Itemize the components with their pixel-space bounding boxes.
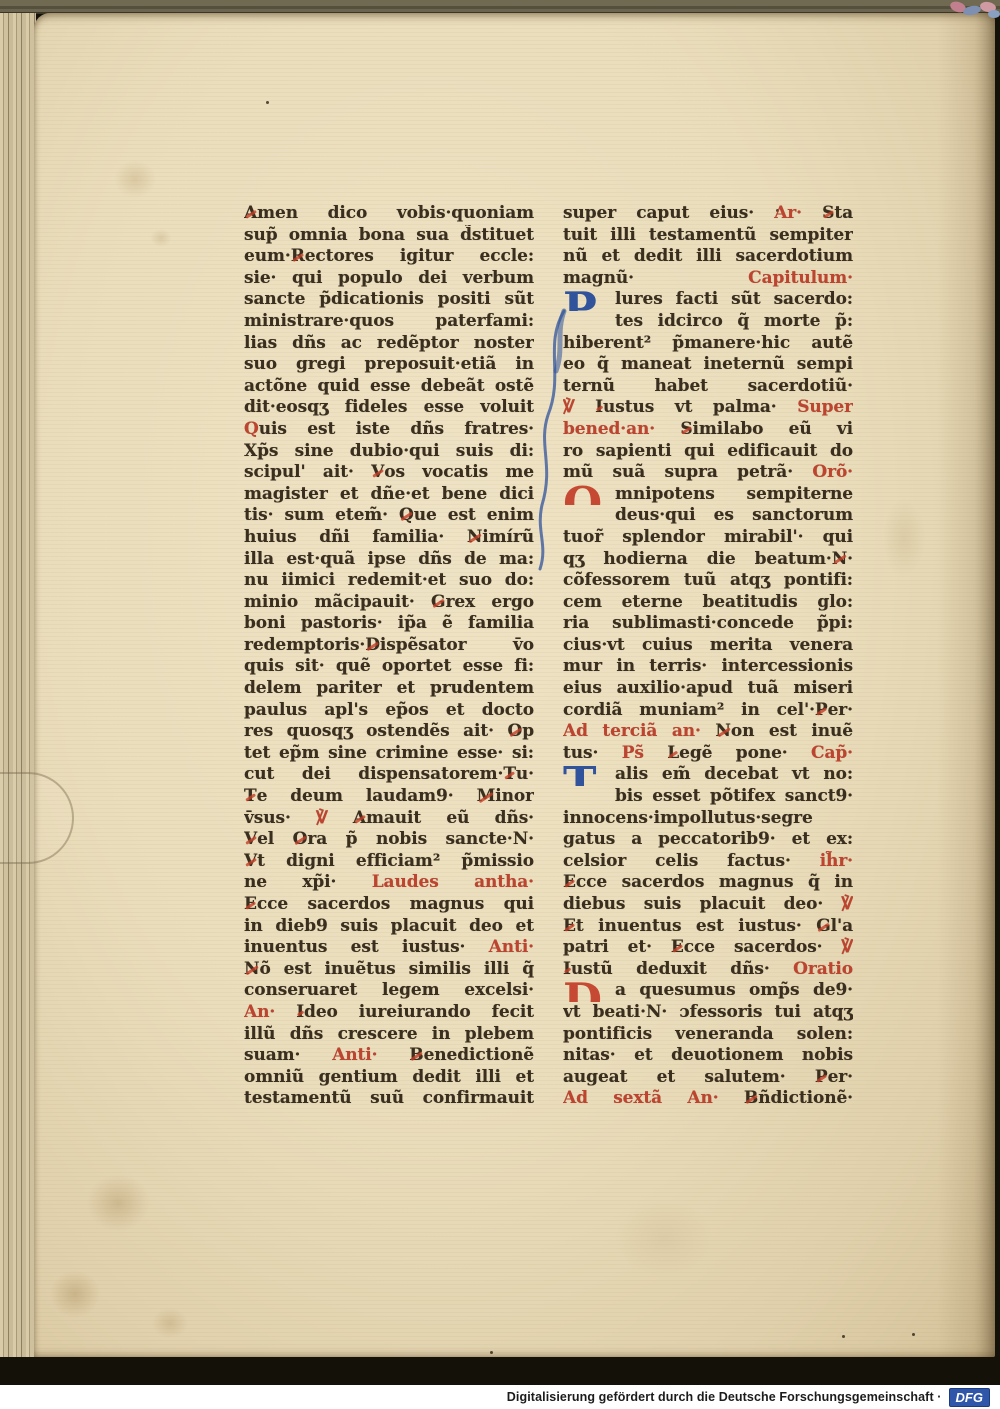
paper-stain [74,1163,162,1243]
text-line: ne xp̃i· Laudes antha· [244,872,534,894]
text-line: ℣ Iustus vt palma· Super [563,397,853,419]
body-text: mnipotens sempiterne [615,484,853,504]
rubric-text: bened·an· [563,419,680,439]
body-text: ustũ deduxit dñs· [571,959,793,979]
rubric-text: ih̃r· [820,851,853,871]
paper-speck [912,1333,915,1336]
body-text: O [507,721,522,743]
text-line: inuentus est iustus· Anti· [244,937,534,959]
text-line: Vel Ora p̃ nobis sancte·N· [244,829,534,851]
text-line: diebus suis placuit deo· ℣ [563,894,853,916]
text-line: cem eterne beatitudis glo: [563,592,853,614]
body-text: actõne quid esse debeãt ostẽ [244,376,534,396]
text-line: sup̃ omnia bona sua d̃stituet [244,225,534,247]
body-text: er· [828,700,853,720]
body-text: patri et· [563,937,671,957]
body-text: enedictionẽ [424,1045,534,1065]
body-text: tes idcirco q̃ morte p̃: [615,311,853,331]
body-text: omniũ gentium dedit illi et [244,1067,534,1087]
text-line: dit·eosqʒ fideles esse voluit [244,397,534,419]
body-text: Xp̃s sine dubio·qui suis di: [244,441,534,461]
text-line: qʒ hodierna die beatum·N· [563,549,853,571]
text-line: tus· Ps̃ Legẽ pone· Cap̃· [563,743,853,765]
body-text: os vocatis me [384,462,534,482]
rubric-text: Orõ· [812,462,853,482]
body-text: augeat et salutem· [563,1067,815,1087]
body-text: innocens·impollutus·segre [563,808,813,828]
text-line: cius·vt cuius merita venera [563,635,853,657]
body-text: in dieb9 suis placuit deo et [244,916,534,936]
dfg-logo: DFG [949,1388,990,1407]
text-line: innocens·impollutus·segre [563,808,853,830]
rubric-text: Q [244,419,259,439]
text-line: eius auxilio·apud tuã miseri [563,678,853,700]
body-text: testamentũ suũ confirmauit [244,1088,534,1108]
text-line: cut dei dispensatorem·Tu· [244,764,534,786]
text-line: ministrare·quos paterfami: [244,311,534,333]
text-line: Vt digni efficiam² p̃missio [244,851,534,873]
body-text: vt beati·N· ɔfessoris tui atqʒ [563,1002,853,1022]
text-line: nitas· et deuotionem nobis [563,1045,853,1067]
body-text: nitas· et deuotionem nobis [563,1045,853,1065]
body-text: cut dei dispensatorem· [244,764,503,784]
text-line: tuor̃ splendor mirabil'· qui [563,527,853,549]
body-text: sup̃ omnia bona sua d̃stituet [244,225,534,245]
rubric-text: ℣ [563,397,595,417]
text-line: pontificis veneranda solen: [563,1024,853,1046]
body-text: N [715,721,730,743]
body-text: S [822,203,834,225]
body-text: suam· [244,1045,332,1065]
body-text: magister et dñe·et bene dici [244,484,534,504]
body-text: ustus vt palma· [603,397,797,417]
text-line: nũ et dedit illi sacerdotium [563,246,853,268]
body-text: ñdictionẽ· [758,1088,853,1108]
drop-cap-initial: O [563,484,602,506]
text-line: scipul' ait· Vos vocatis me [244,462,534,484]
text-line: illa est·quã ipse dñs de ma: [244,549,534,571]
text-line: omniũ gentium dedit illi et [244,1067,534,1089]
body-text: O [293,829,308,851]
text-line: An· Ideo iureiurando fecit [244,1002,534,1024]
body-text: deus·qui es sanctorum [615,505,853,525]
body-text: · [847,549,853,569]
book-page: Amen dico vobis·quoniamsup̃ omnia bona s… [34,13,995,1357]
body-text: lias dñs ac redẽptor noster [244,333,534,353]
body-text: A [353,808,366,830]
body-text: T [244,786,257,808]
body-text: on est inuẽ [731,721,853,741]
text-line: quis sit· quẽ oportet esse fi: [244,656,534,678]
body-text: lures facti sũt sacerdo: [615,289,853,309]
body-text: conseruaret legem excelsi· [244,980,534,1000]
rubric-text: ℣ [841,894,853,914]
body-text: imilabo eũ vi [693,419,854,439]
body-text: er· [828,1067,853,1087]
text-line: deus·qui es sanctorum [563,505,853,527]
body-text: nũ et dedit illi sacerdotium [563,246,853,266]
body-text: uis est iste dñs fratres· [259,419,534,439]
body-text: ectores igitur eccle: [305,246,534,266]
text-line: Ecce sacerdos magnus q̃ in [563,872,853,894]
paper-stain [40,1261,110,1327]
text-line: mũ suã supra petrã· Orõ· [563,462,853,484]
text-line: ro sapienti qui edificauit do [563,441,853,463]
body-text: res quosqʒ ostendẽs ait· [244,721,507,741]
rubric-text: Anti· [332,1045,409,1065]
body-text: V [244,829,257,851]
text-line: patri et· Ecce sacerdos· ℣ [563,937,853,959]
body-text: E [563,872,576,894]
text-line: ria sublimasti·concede p̃pi: [563,613,853,635]
body-text: celsior celis factus· [563,851,820,871]
body-text: super caput eius· [563,203,774,223]
rubric-text: Oratio [793,959,853,979]
text-line: in dieb9 suis placuit deo et [244,916,534,938]
text-line: mur in terris· intercessionis [563,656,853,678]
text-line: eum·Rectores igitur eccle: [244,246,534,268]
text-line: augeat et salutem· Per· [563,1067,853,1089]
body-text: G [431,592,445,614]
rubric-text: Anti· [489,937,534,957]
body-text: P [815,700,828,722]
body-text: delem pariter et prudentem [244,678,534,698]
body-text: cõfessorem tuũ atqʒ pontifi: [563,570,853,590]
text-line: bened·an· Similabo eũ vi [563,419,853,441]
body-text: ternũ habet sacerdotiũ· [563,376,853,396]
text-line: testamentũ suũ confirmauit [244,1088,534,1110]
body-text: t inuentus est iustus· [576,916,816,936]
text-line: suam· Anti· Benedictionẽ [244,1045,534,1067]
rubric-text: Ps̃ [622,743,668,763]
text-line: suo gregi preposuit·etiã in [244,354,534,376]
body-text: A [244,203,257,225]
body-text: deo iureiurando fecit [304,1002,534,1022]
body-text: diebus suis placuit deo· [563,894,841,914]
text-line: gatus a peccatorib9· et ex: [563,829,853,851]
rubric-text: An· [244,1002,296,1022]
text-line: Te deum laudam9· Minor [244,786,534,808]
text-line: tuit illi testamentũ sempiter [563,225,853,247]
text-line: hiberent² p̃manere·hic autẽ [563,333,853,355]
text-line: Amen dico vobis·quoniam [244,203,534,225]
body-text: mur in terris· intercessionis [563,656,853,676]
text-line: sancte p̃dicationis positi sũt [244,289,534,311]
body-text: egẽ pone· [679,743,811,763]
digitization-credit-bar: Digitalisierung gefördert durch die Deut… [0,1385,1000,1409]
body-text: mauit eũ dñs· [366,808,534,828]
drop-cap-initial: T [563,764,596,786]
text-line: paulus apl's ep̃os et docto [244,700,534,722]
text-line: Omnipotens sempiterne [563,484,853,506]
text-line: nu iimici redemit·et suo do: [244,570,534,592]
text-line: tet ep̃m sine crimine esse· si: [244,743,534,765]
rubric-text: Ad terciã an· [563,721,715,741]
text-line: Iustũ deduxit dñs· Oratio [563,959,853,981]
text-line: tis· sum etem̃· Que est enim [244,505,534,527]
body-text: qʒ hodierna die beatum· [563,549,832,569]
rubric-text: ℣ [841,937,853,957]
text-line: celsior celis factus· ih̃r· [563,851,853,873]
body-text: E [671,937,684,959]
paper-stain [146,225,176,251]
headband-threads [948,0,1000,26]
paper-speck [490,1351,493,1354]
text-line: conseruaret legem excelsi· [244,980,534,1002]
right-text-column: super caput eius· Ar· Statuit illi testa… [563,203,853,1110]
body-text: rex ergo [445,592,534,612]
body-text: cem eterne beatitudis glo: [563,592,853,612]
text-line: Ecce sacerdos magnus qui [244,894,534,916]
body-text: õ est inuẽtus similis illi q̃ [259,959,534,979]
body-text: bis esset põtifex sanct9· [615,786,853,806]
text-line: ternũ habet sacerdotiũ· [563,376,853,398]
left-text-column: Amen dico vobis·quoniamsup̃ omnia bona s… [244,203,534,1110]
scanned-book-view: { "footer": { "credit": "Digitalisierung… [0,0,1000,1409]
body-text: cius·vt cuius merita venera [563,635,853,655]
body-text: p [522,721,534,741]
text-line: Quis est iste dñs fratres· [244,419,534,441]
body-text: ria sublimasti·concede p̃pi: [563,613,853,633]
text-line: actõne quid esse debeãt ostẽ [244,376,534,398]
body-text: ta [834,203,853,223]
body-text: eius auxilio·apud tuã miseri [563,678,853,698]
body-text: tis· sum etem̃· [244,505,399,525]
body-text: redemptoris· [244,635,365,655]
text-line: Plures facti sũt sacerdo: [563,289,853,311]
body-text: a quesumus omp̃s de9· [615,980,853,1000]
text-line: Talis em̃ decebat vt no: [563,764,853,786]
body-text: N [467,527,482,549]
body-text: E [244,894,257,916]
body-text: I [296,1002,304,1024]
body-text: P [815,1067,828,1089]
text-line: minio mãcipauit· Grex ergo [244,592,534,614]
text-line: Ad terciã an· Non est inuẽ [563,721,853,743]
body-text: mũ suã supra petrã· [563,462,812,482]
body-text: cce sacerdos magnus q̃ in [576,872,853,892]
text-line: illũ dñs crescere in plebem [244,1024,534,1046]
paper-speck [266,101,269,104]
paper-stain [874,483,934,593]
text-line: Ad sextã An· Bñdictionẽ· [563,1088,853,1110]
body-text: N [244,959,259,981]
body-text: S [680,419,692,441]
rubric-text: Laudes antha· [372,872,534,892]
body-text: cordiã muniam² in cel'· [563,700,815,720]
text-line: huius dñi familia· Nimírũ [244,527,534,549]
body-text: R [291,246,305,268]
drop-cap-initial: D [563,980,602,1002]
paper-stain [106,153,164,205]
body-text: u· [516,764,534,784]
body-text: pontificis veneranda solen: [563,1024,853,1044]
body-text: E [563,916,576,938]
body-text: eum· [244,246,291,266]
body-text: tuor̃ splendor mirabil'· qui [563,527,853,547]
body-text: tet ep̃m sine crimine esse· si: [244,743,534,763]
body-text: I [595,397,603,419]
drop-cap-initial: P [563,289,597,311]
text-line: Xp̃s sine dubio·qui suis di: [244,441,534,463]
body-text: t digni efficiam² p̃missio [257,851,534,871]
credit-text: Digitalisierung gefördert durch die Deut… [507,1390,942,1404]
body-text: scipul' ait· [244,462,371,482]
body-text: dit·eosqʒ fideles esse voluit [244,397,534,417]
body-text: boni pastoris· ip̃a ẽ familia [244,613,534,633]
book-top-edges [0,0,1000,14]
body-text: T [503,764,516,786]
page-fore-edges [0,13,36,1357]
rubric-text: Ad sextã An· [563,1088,744,1108]
rubric-text: Capitulum· [748,268,853,288]
body-text: minio mãcipauit· [244,592,431,612]
body-text: gatus a peccatorib9· et ex: [563,829,853,849]
rubric-text: Super [797,397,853,417]
body-text: M [477,786,496,808]
body-text: sancte p̃dicationis positi sũt [244,289,534,309]
body-text: tuit illi testamentũ sempiter [563,225,853,245]
body-text: I [563,959,571,981]
body-text: ministrare·quos paterfami: [244,311,534,331]
body-text: V [244,851,257,873]
body-text: l'a [831,916,853,936]
body-text: ne xp̃i· [244,872,372,892]
body-text: Q [399,505,414,527]
body-text: D [365,635,380,657]
body-text: ispẽsator v̄o [380,635,534,655]
body-text: G [816,916,830,938]
body-text: inuentus est iustus· [244,937,489,957]
body-text: v̄sus· [244,808,316,828]
body-text: B [744,1088,758,1110]
text-line: v̄sus· ℣ Amauit eũ dñs· [244,808,534,830]
body-text: ue est enim [414,505,534,525]
text-line: eo q̃ maneat ineternũ sempi [563,354,853,376]
text-line: bis esset põtifex sanct9· [563,786,853,808]
body-text: N [832,549,847,571]
body-text: e deum laudam9· [257,786,477,806]
body-text: V [371,462,384,484]
body-text: quis sit· quẽ oportet esse fi: [244,656,534,676]
body-text: illũ dñs crescere in plebem [244,1024,534,1044]
paper-stain [144,1301,196,1345]
body-text: el [257,829,293,849]
body-text: ra p̃ nobis sancte·N· [307,829,534,849]
body-text: paulus apl's ep̃os et docto [244,700,534,720]
text-line: vt beati·N· ɔfessoris tui atqʒ [563,1002,853,1024]
paper-stain [594,1183,734,1293]
body-text: nu iimici redemit·et suo do: [244,570,534,590]
text-line: magnũ· Capitulum· [563,268,853,290]
body-text: B [409,1045,423,1067]
body-text: eo q̃ maneat ineternũ sempi [563,354,853,374]
text-line: cordiã muniam² in cel'·Per· [563,700,853,722]
text-line: redemptoris·Dispẽsator v̄o [244,635,534,657]
text-line: Nõ est inuẽtus similis illi q̃ [244,959,534,981]
paper-speck [842,1335,845,1338]
text-line: delem pariter et prudentem [244,678,534,700]
body-text: hiberent² p̃manere·hic autẽ [563,333,853,353]
text-line: lias dñs ac redẽptor noster [244,333,534,355]
body-text: alis em̃ decebat vt no: [615,764,853,784]
body-text: men dico vobis·quoniam [257,203,534,223]
text-line: sie· qui populo dei verbum [244,268,534,290]
body-text: cce sacerdos magnus qui [257,894,534,914]
body-text: inor [495,786,534,806]
body-text: cce sacerdos· [684,937,842,957]
body-text: L [667,743,679,765]
text-line: Da quesumus omp̃s de9· [563,980,853,1002]
text-line: res quosqʒ ostendẽs ait· Op [244,721,534,743]
rubric-text: ℣ [316,808,353,828]
text-line: super caput eius· Ar· Sta [563,203,853,225]
text-line: Et inuentus est iustus· Gl'a [563,916,853,938]
text-line: boni pastoris· ip̃a ẽ familia [244,613,534,635]
body-text: huius dñi familia· [244,527,467,547]
rubric-text: Cap̃· [811,743,853,763]
rubric-text: Ar· [774,203,822,223]
text-line: magister et dñe·et bene dici [244,484,534,506]
body-text: suo gregi preposuit·etiã in [244,354,534,374]
text-line: tes idcirco q̃ morte p̃: [563,311,853,333]
body-text: sie· qui populo dei verbum [244,268,534,288]
body-text: imírũ [482,527,534,547]
body-text: tus· [563,743,622,763]
text-line: cõfessorem tuũ atqʒ pontifi: [563,570,853,592]
body-text: ro sapienti qui edificauit do [563,441,853,461]
body-text: magnũ· [563,268,748,288]
body-text: illa est·quã ipse dñs de ma: [244,549,534,569]
